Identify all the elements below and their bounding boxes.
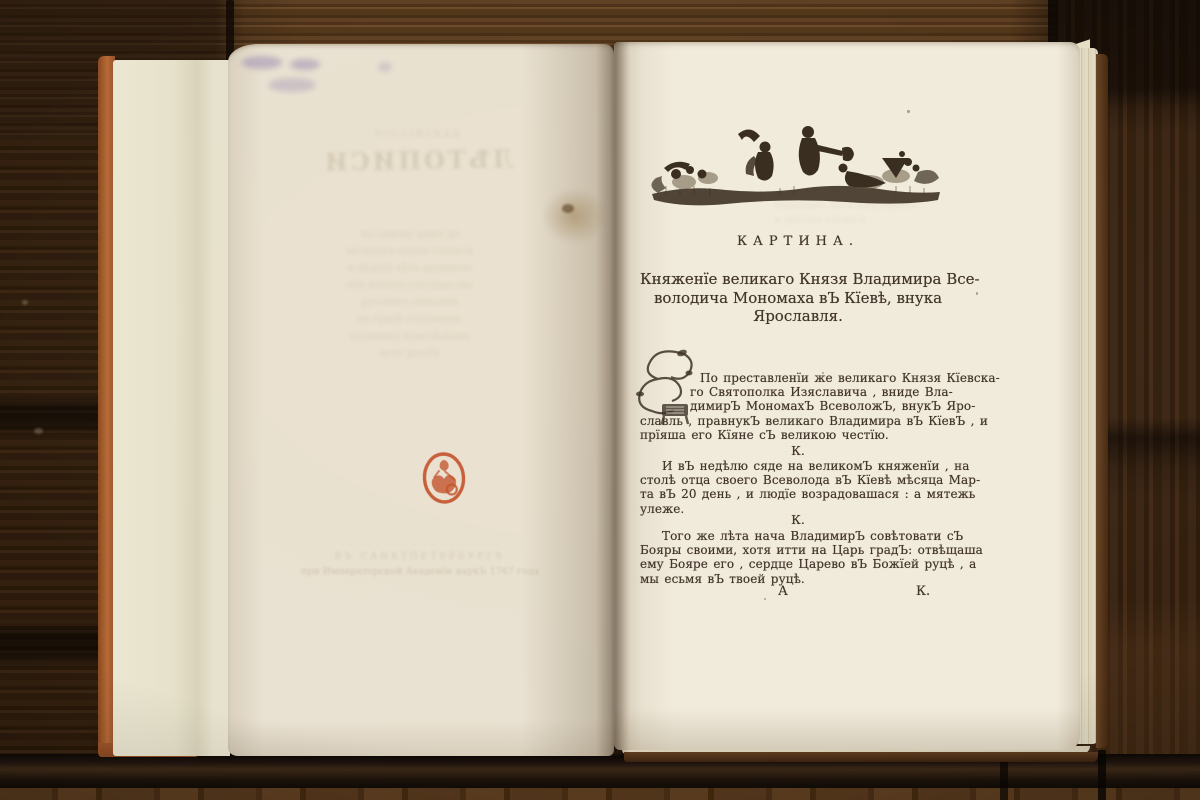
heading-line: володича Мономаха вЪ Кїевѣ, внука (640, 289, 956, 308)
ghost-line: отъ начала государства (288, 277, 532, 294)
ghost-imprint-city: ВЪ САНКТПЕТЕРБУРГѢ (300, 552, 540, 562)
paragraph: Того же лѣта нача ВладимирЪ совѣтовати с… (640, 529, 956, 586)
ghost-dotted-rule: · · · · · · · · · · · · · · · · · · (300, 540, 540, 549)
chapter-heading: Княженїе великаго Князя Владимира Все- в… (640, 270, 956, 326)
ghost-line: великаго князя словеса (288, 243, 532, 260)
ghost-line: русскаго описанїе (288, 294, 532, 311)
red-oval-stamp (418, 448, 470, 507)
ghost-show-through-title: ЛѢТОПИСИ (298, 144, 538, 177)
foliate-initial-ornament (626, 344, 704, 432)
purple-ink-smudge (268, 78, 316, 92)
paragraph: По преставленїи же великаго Князя Кїевск… (640, 371, 956, 442)
ghost-line: и прочая словеса (774, 213, 917, 228)
paper-speck (822, 372, 824, 374)
left-page: РОССІЙСКАЯ ЛѢТОПИСИ по списку даже до ве… (228, 44, 614, 756)
wood-seam (1098, 750, 1106, 800)
cover-board-right-edge (1096, 54, 1108, 748)
wood-plank-left (0, 140, 102, 800)
heading-line: Ярославля. (640, 307, 956, 326)
text-line: Того же лѣта нача ВладимирЪ совѣтовати с… (640, 529, 956, 543)
ghost-line: и дѣянїя лѣтъ древнихъ (288, 260, 532, 277)
signature-mark: А (778, 584, 788, 599)
paper-speck (907, 110, 910, 113)
page-title: КАРТИНА. (640, 234, 956, 249)
signature-row: А К. (640, 584, 956, 600)
purple-ink-smudge (290, 59, 320, 70)
gutter-shadow (596, 42, 630, 756)
photo-scene: РОССІЙСКАЯ ЛѢТОПИСИ по списку даже до ве… (0, 0, 1200, 800)
endpaper (113, 60, 230, 756)
ghost-line: въ градѣ стольномъ (288, 311, 532, 328)
paper-stain-core (562, 204, 574, 213)
ghost-imprint-publisher: при Императорской Академїи наукЪ 1767 го… (280, 566, 560, 577)
heading-line: Княженїе великаго Князя Владимира Все- (640, 270, 956, 289)
wood-plank-bottom (0, 788, 1200, 800)
headpiece-engraving (646, 116, 946, 208)
text-line: Бояры своими, хотя итти на Царь градЪ: о… (640, 543, 956, 557)
ghost-show-through-block: по списку даже до великаго князя словеса… (288, 226, 532, 362)
section-mark: К. (640, 512, 956, 527)
purple-ink-smudge (242, 56, 282, 69)
purple-ink-smudge (378, 62, 392, 72)
ghost-show-through-caps: РОССІЙСКАЯ (308, 130, 528, 140)
paper-speck (976, 292, 978, 295)
text-line: столѣ отца своего Всеволода вЪ Кїевѣ мѣс… (640, 473, 956, 487)
paper-speck (764, 598, 766, 600)
ghost-line: по списку даже до (288, 226, 532, 243)
ghost-line: изданная повелѣнїемъ (288, 328, 532, 345)
wood-fleck (22, 300, 28, 305)
catchword: К. (916, 584, 930, 599)
paragraph: И вЪ недѣлю сяде на великомЪ княженїи , … (640, 459, 956, 516)
text-line: И вЪ недѣлю сяде на великомЪ княженїи , … (640, 459, 956, 473)
wood-fleck (34, 428, 43, 434)
right-page: показанїе лѣтъ минувшихъ и прочая словес… (614, 42, 1080, 750)
cover-board-bottom-edge (624, 752, 1098, 762)
text-line: ему Бояре его , сердце Царево вЪ Божїей … (640, 557, 956, 571)
ghost-line: всея россїи (288, 345, 532, 362)
section-mark: К. (640, 443, 956, 458)
page-stack-edge (1078, 48, 1098, 744)
text-line: та вЪ 20 день , и людїе возрадовашася : … (640, 487, 956, 501)
wood-seam (1000, 756, 1008, 800)
